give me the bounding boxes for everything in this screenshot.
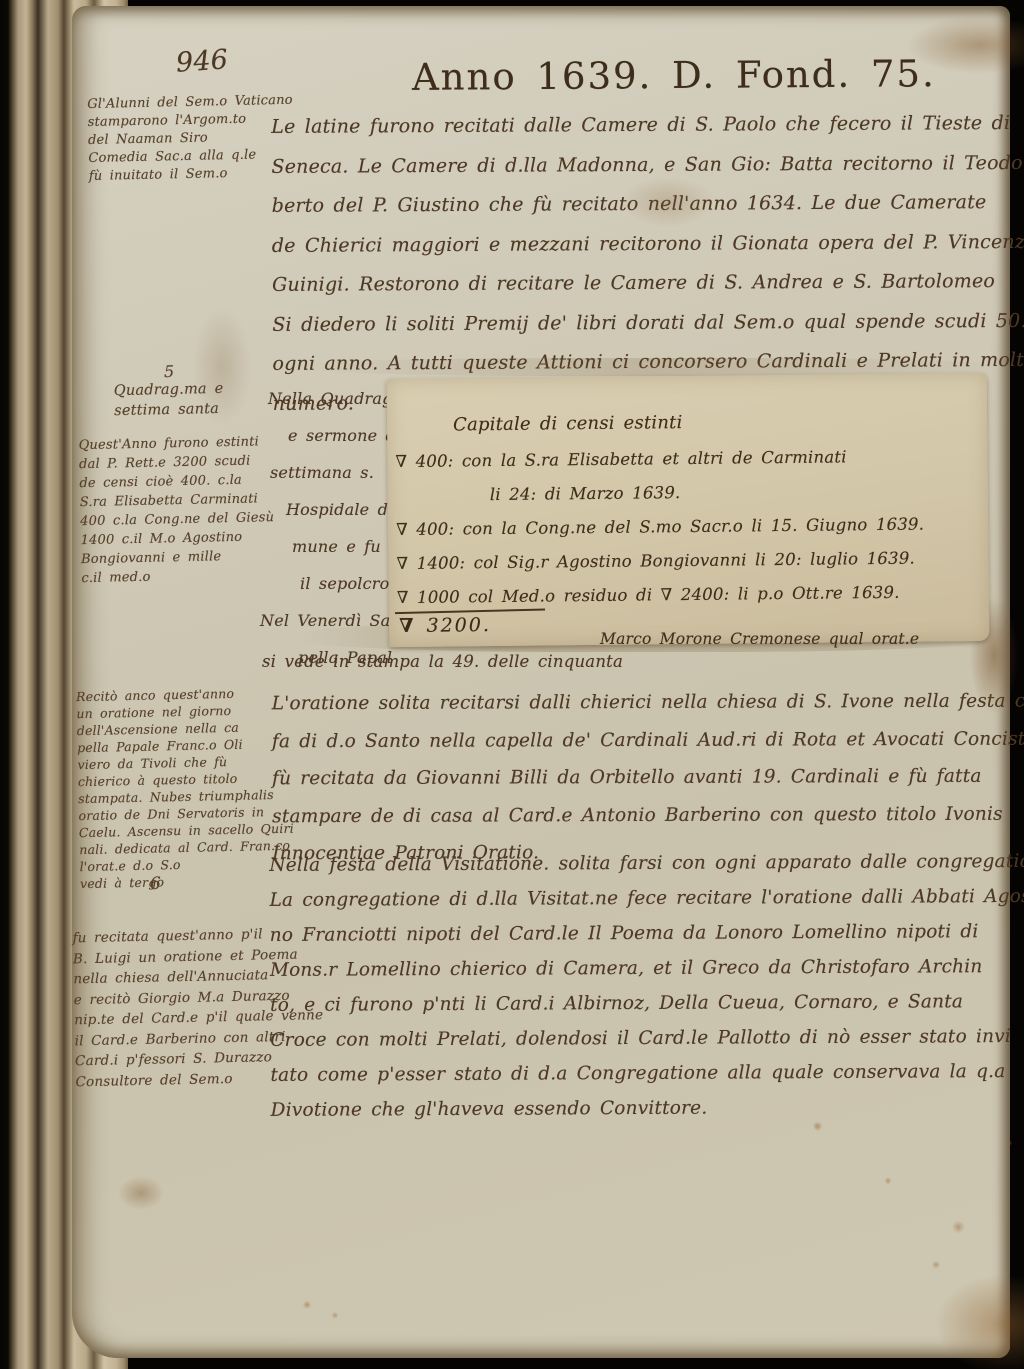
censi-total: ∇ 3200. bbox=[399, 614, 491, 638]
text-line: Guinigi. Restorono di recitare le Camere… bbox=[272, 262, 992, 305]
text-line-in-stampa: si vede in stampa la 49. delle cinquanta bbox=[262, 652, 623, 672]
text-line: Consultore del Sem.o bbox=[75, 1067, 295, 1092]
fox-spots bbox=[286, 1288, 356, 1330]
text-line: L'oratione solita recitarsi dalli chieri… bbox=[272, 683, 992, 723]
text-line: fa di d.o Santo nella capella de' Cardin… bbox=[272, 720, 992, 760]
margin-marker-6: 6 bbox=[150, 874, 161, 895]
text-line: berto del P. Giustino che fù recitato ne… bbox=[272, 183, 992, 226]
censi-table-rows: ∇ 400: con la S.ra Elisabetta et altri d… bbox=[395, 439, 982, 615]
scudi-symbol: ∇ bbox=[399, 615, 416, 637]
censi-table-heading: Capitale di censi estinti bbox=[453, 412, 683, 436]
stain bbox=[118, 1176, 164, 1210]
text-line: Croce con molti Prelati, dolendosi il Ca… bbox=[270, 1019, 995, 1058]
text-line: Le latine furono recitati dalle Camere d… bbox=[271, 104, 991, 147]
text-line-peeking-under-slip: Marco Morone Cremonese qual orat.e bbox=[600, 630, 919, 649]
margin-note-censi-estinti: Quest'Anno furono estintidal P. Rett.e 3… bbox=[78, 432, 286, 588]
margin-marker-5: 5 bbox=[164, 362, 175, 381]
margin-note-alunni: Gl'Alunni del Sem.o Vaticanostamparono l… bbox=[87, 92, 279, 186]
page-number: 946 bbox=[175, 44, 229, 80]
text-line: Nella festa della Visitatione. solita fa… bbox=[269, 844, 994, 883]
margin-note-san-luigi: fu recitata quest'anno p'ilB. Luigi un o… bbox=[72, 924, 295, 1093]
text-line: no Franciotti nipoti del Card.le Il Poem… bbox=[270, 914, 995, 953]
pasted-censi-slip: Capitale di censi estinti ∇ 400: con la … bbox=[387, 373, 990, 647]
text-line: li 24: di Marzo 1639. bbox=[490, 473, 981, 512]
text-line: Mons.r Lomellino chierico di Camera, et … bbox=[270, 949, 995, 988]
text-line: de Chierici maggiori e mezzani recitoron… bbox=[272, 223, 992, 266]
body-paragraph-visitatione: Nella festa della Visitatione. solita fa… bbox=[269, 844, 995, 1128]
text-line: La congregatione di d.lla Visitat.ne fec… bbox=[269, 879, 994, 918]
text-line: Divotione che gl'haveva essendo Convitto… bbox=[271, 1089, 996, 1128]
text-line: vedi à tergo bbox=[80, 871, 285, 892]
text-line: Seneca. Le Camere di d.lla Madonna, e Sa… bbox=[271, 144, 991, 187]
margin-note-quadragesima: Quadrag.ma esettima santa bbox=[114, 379, 224, 421]
text-line: c.il med.o bbox=[81, 565, 286, 588]
text-line: stampare de di casa al Card.e Antonio Ba… bbox=[272, 795, 992, 835]
text-line: to, e ci furono p'nti li Card.i Albirnoz… bbox=[270, 984, 995, 1023]
manuscript-photo: 946 Anno 1639. D. Fond. 75. Gl'Alunni de… bbox=[0, 0, 1024, 1369]
text-line: fù recitata da Giovanni Billi da Orbitel… bbox=[272, 758, 992, 798]
margin-note-ascensione: Recitò anco quest'announ oratione nel gi… bbox=[76, 684, 285, 892]
text-line: tato come p'esser stato di d.a Congregat… bbox=[270, 1054, 995, 1093]
text-line: settima santa bbox=[114, 399, 224, 421]
censi-total-value: 3200. bbox=[426, 614, 491, 637]
manuscript-page: 946 Anno 1639. D. Fond. 75. Gl'Alunni de… bbox=[72, 6, 1010, 1358]
text-line: Quadrag.ma e bbox=[114, 379, 224, 401]
text-line: Si diedero li soliti Premij de' libri do… bbox=[272, 302, 992, 345]
page-title: Anno 1639. D. Fond. 75. bbox=[412, 52, 936, 100]
corner-stain bbox=[934, 1274, 1024, 1369]
text-line: fù inuitato il Sem.o bbox=[89, 164, 279, 186]
